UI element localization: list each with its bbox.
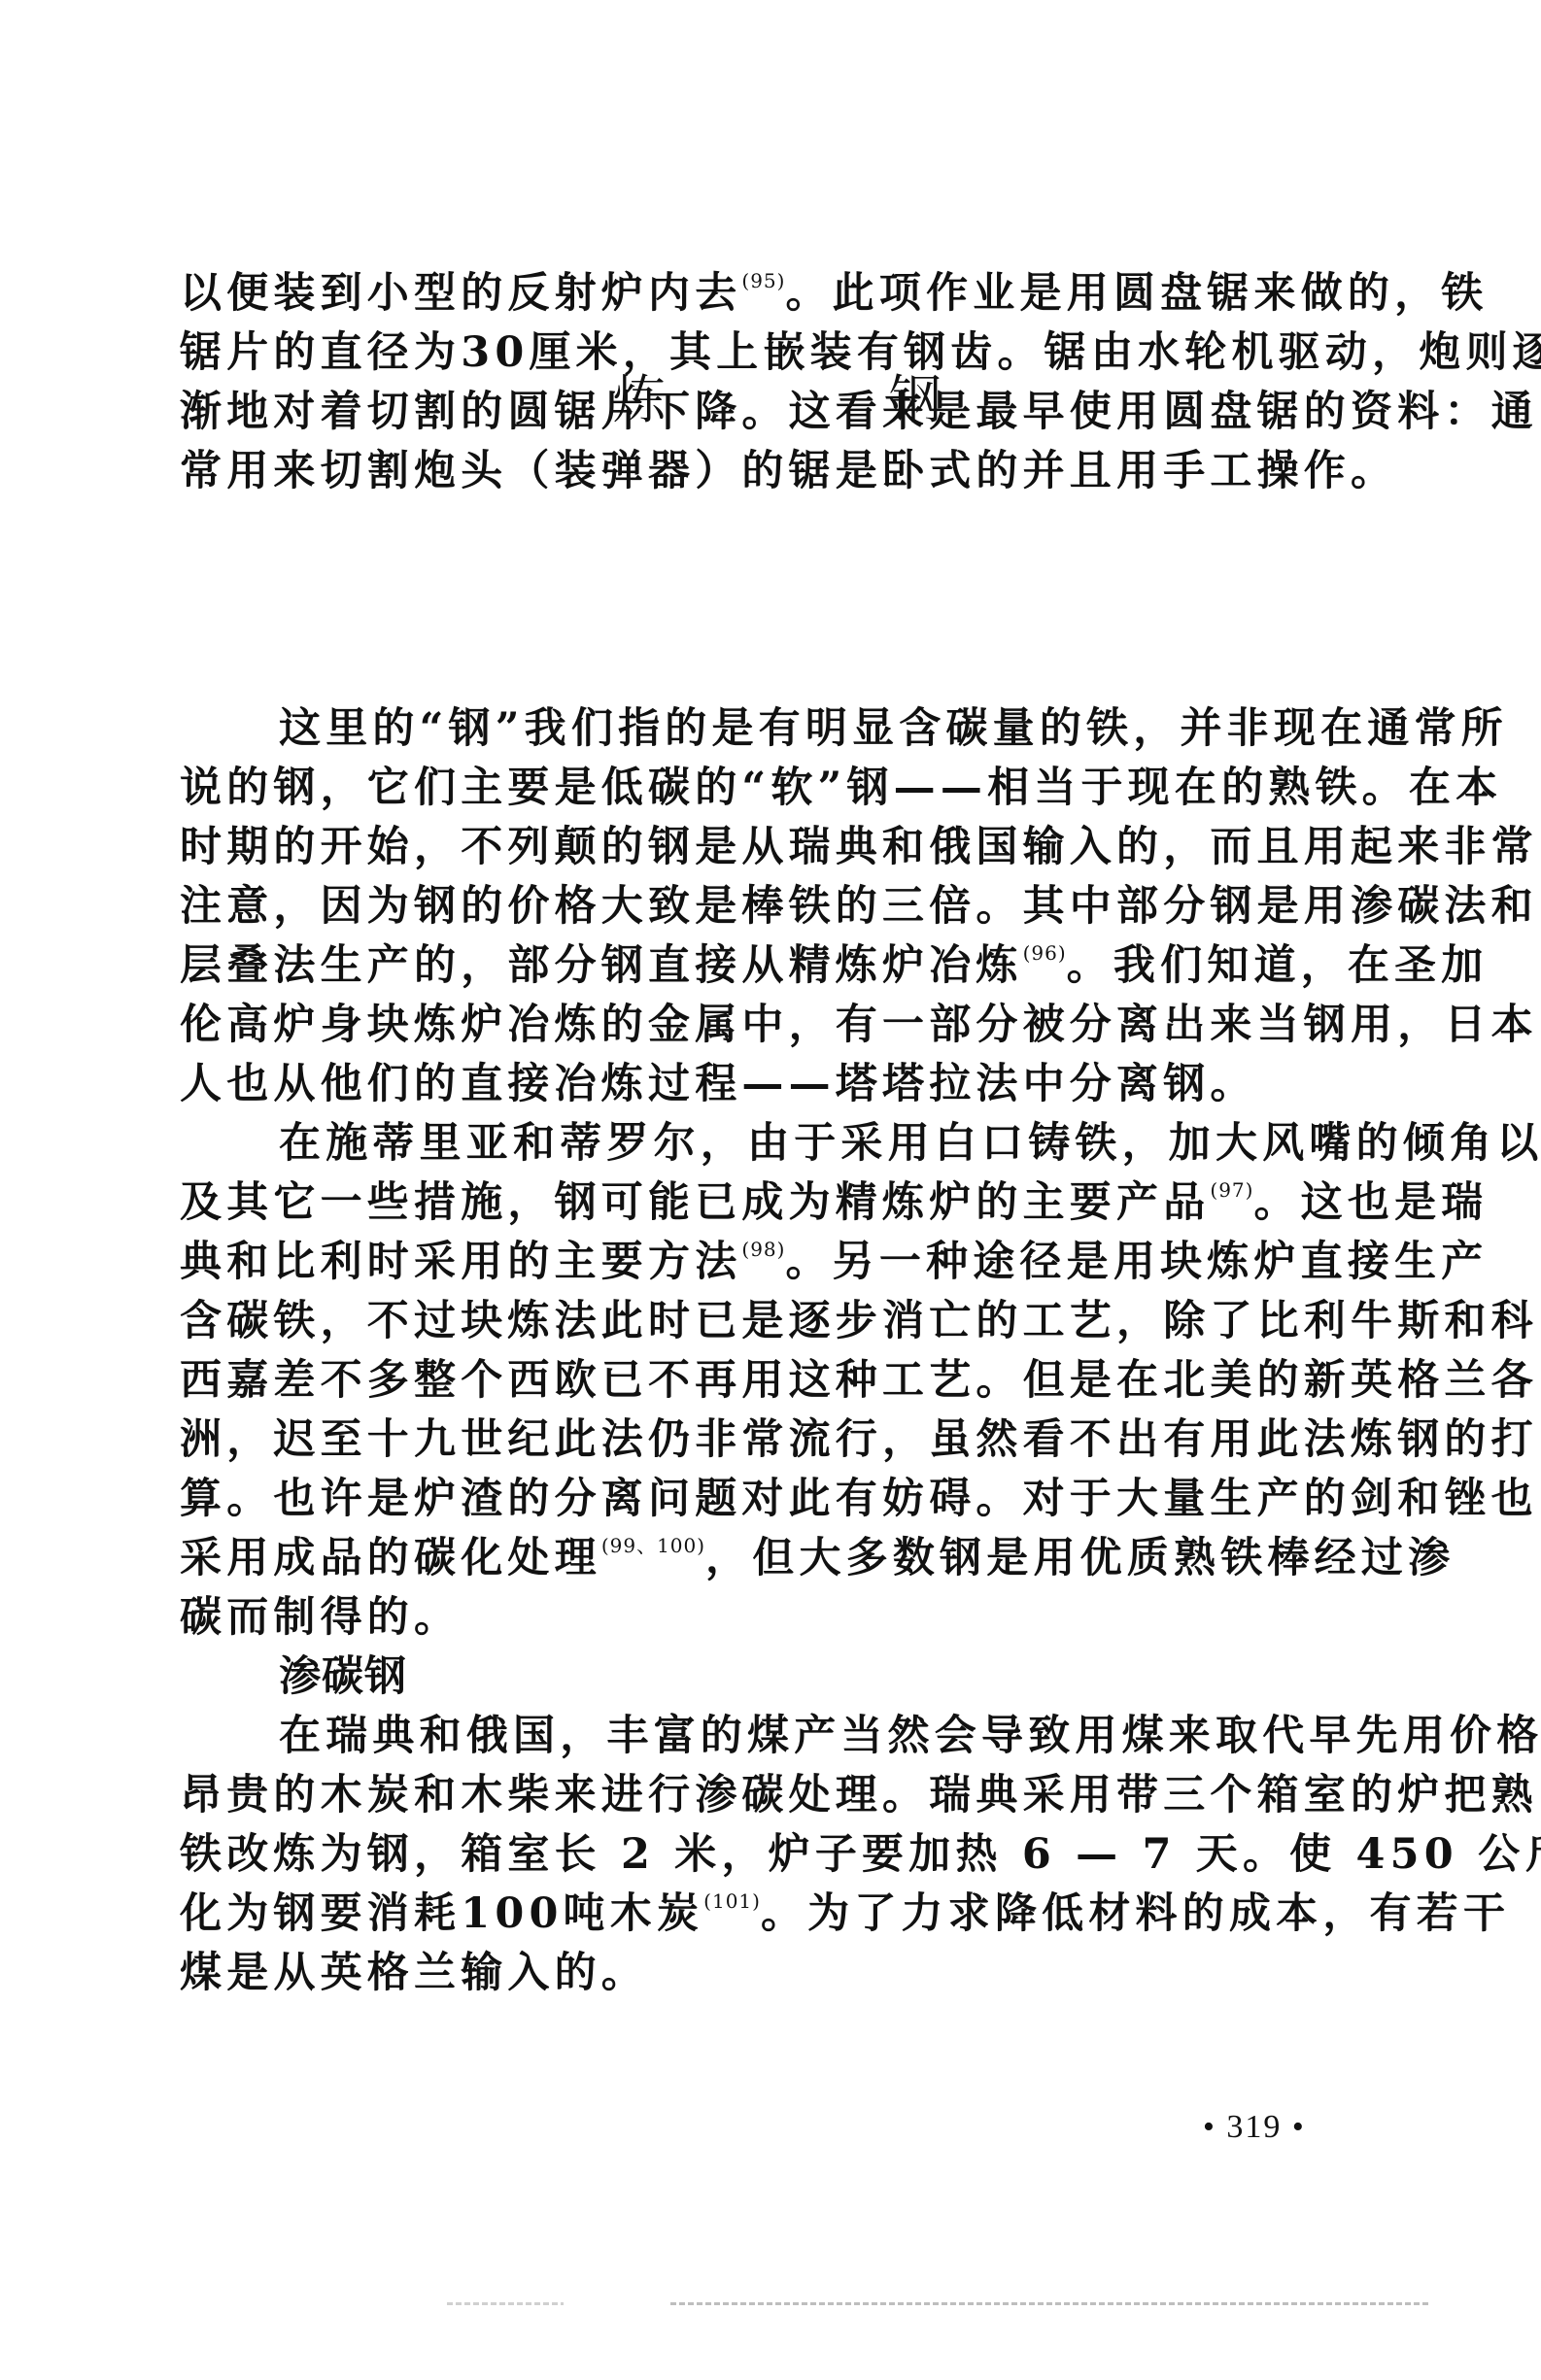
text-line: 采用成品的碳化处理(99、100)，但大多数钢是用优质熟铁棒经过渗 — [180, 1529, 1541, 1588]
paragraph-steel-definition: 这里的“钢”我们指的是有明显含碳量的铁，并非现在通常所 说的钢，它们主要是低碳的… — [180, 699, 1538, 1114]
scan-artifact-line — [447, 2302, 564, 2305]
footnote-ref: (98) — [741, 1238, 785, 1261]
footnote-ref: (96) — [1023, 941, 1067, 965]
text-line: 化为钢要消耗100吨木炭(101)。为了力求降低材料的成本，有若干 — [180, 1885, 1541, 1944]
text-line: 注意，因为钢的价格大致是棒铁的三倍。其中部分钢是用渗碳法和 — [180, 877, 1538, 936]
text-line: 典和比利时采用的主要方法(98)。另一种途径是用块炼炉直接生产 — [180, 1233, 1541, 1292]
text-line: 层叠法生产的，部分钢直接从精炼炉冶炼(96)。我们知道，在圣加 — [180, 936, 1538, 996]
subsection-title: 渗碳钢 — [180, 1648, 407, 1707]
footnote-ref: (97) — [1210, 1178, 1253, 1202]
text-line: 铁改炼为钢，箱室长 2 米，炉子要加热 6 — 7 天。使 450 公斤铁转 — [180, 1825, 1541, 1885]
section-title-char: 钢 — [889, 361, 942, 439]
text-line: 人也从他们的直接冶炼过程——塔塔拉法中分离钢。 — [180, 1055, 1538, 1114]
text-line: 碳而制得的。 — [180, 1588, 1541, 1648]
text-line: 在瑞典和俄国，丰富的煤产当然会导致用煤来取代早先用价格 — [180, 1707, 1541, 1766]
paragraph-cementation-steel: 在瑞典和俄国，丰富的煤产当然会导致用煤来取代早先用价格 昂贵的木炭和木柴来进行渗… — [180, 1707, 1541, 2003]
text-line: 说的钢，它们主要是低碳的“软”钢——相当于现在的熟铁。在本 — [180, 759, 1538, 818]
text-line: 时期的开始，不列颠的钢是从瑞典和俄国输入的，而且用起来非常 — [180, 818, 1538, 877]
text-line: 洲，迟至十九世纪此法仍非常流行，虽然看不出有用此法炼钢的打 — [180, 1411, 1541, 1470]
text-line: 西嘉差不多整个西欧已不再用这种工艺。但是在北美的新英格兰各 — [180, 1351, 1541, 1411]
text-line: 算。也许是炉渣的分离问题对此有妨碍。对于大量生产的剑和锉也 — [180, 1470, 1541, 1529]
text-line: 煤是从英格兰输入的。 — [180, 1944, 1541, 2003]
section-title: 炼钢 — [180, 361, 1375, 439]
text-line: 伦高炉身块炼炉冶炼的金属中，有一部分被分离出来当钢用，日本 — [180, 996, 1538, 1055]
footnote-ref: (99、100) — [601, 1534, 705, 1557]
text-line: 常用来切割炮头（装弹器）的锯是卧式的并且用手工操作。 — [180, 442, 1541, 501]
text-line: 昂贵的木炭和木柴来进行渗碳处理。瑞典采用带三个箱室的炉把熟 — [180, 1766, 1541, 1825]
footnote-ref: (101) — [703, 1889, 761, 1913]
section-title-char: 炼 — [613, 361, 666, 439]
footnote-ref: (95) — [741, 269, 785, 292]
scan-artifact-line — [670, 2302, 1428, 2305]
text-line: 在施蒂里亚和蒂罗尔，由于采用白口铸铁，加大风嘴的倾角以 — [180, 1114, 1541, 1173]
page-number: • 319 • — [1203, 2108, 1306, 2147]
text-line: 这里的“钢”我们指的是有明显含碳量的铁，并非现在通常所 — [180, 699, 1538, 759]
text-line: 含碳铁，不过块炼法此时已是逐步消亡的工艺，除了比利牛斯和科 — [180, 1292, 1541, 1351]
text-line: 以便装到小型的反射炉内去(95)。此项作业是用圆盘锯来做的，铁 — [180, 264, 1541, 323]
text-line: 及其它一些措施，钢可能已成为精炼炉的主要产品(97)。这也是瑞 — [180, 1173, 1541, 1233]
paragraph-styria-tyrol: 在施蒂里亚和蒂罗尔，由于采用白口铸铁，加大风嘴的倾角以 及其它一些措施，钢可能已… — [180, 1114, 1541, 1648]
